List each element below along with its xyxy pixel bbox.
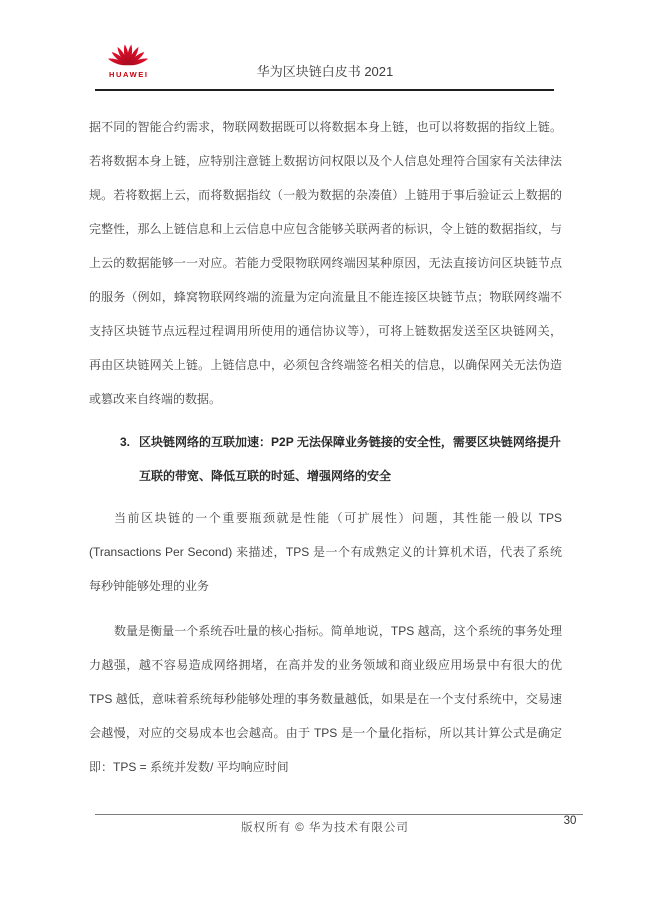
body-line: 据不同的智能合约需求，物联网数据既可以将数据本身上链，也可以将数据的指纹上链。 (89, 110, 562, 144)
footer-rule (95, 814, 583, 815)
copyright-text: 版权所有 © 华为技术有限公司 (0, 819, 650, 835)
body-line: 会越慢，对应的交易成本也会越高。由于 TPS 是一个量化指标，所以其计算公式是确… (89, 716, 562, 750)
document-title: 华为区块链白皮书 2021 (0, 61, 650, 80)
body-line: 每秒钟能够处理的业务 (89, 569, 562, 603)
heading-line: 区块链网络的互联加速：P2P 无法保障业务链接的安全性，需要区块链网络提升 (139, 425, 561, 459)
page-number: 30 (558, 815, 582, 827)
body-line: 支持区块链节点远程过程调用所使用的通信协议等），可将上链数据发送至区块链网关， (89, 314, 562, 348)
section-heading: 3. 区块链网络的互联加速：P2P 无法保障业务链接的安全性，需要区块链网络提升… (89, 425, 562, 493)
body-line: 规。若将数据上云，而将数据指纹（一般为数据的杂凑值）上链用于事后验证云上数据的 (89, 178, 562, 212)
body-content: 据不同的智能合约需求，物联网数据既可以将数据本身上链，也可以将数据的指纹上链。 … (89, 110, 562, 784)
body-line: 当前区块链的一个重要瓶颈就是性能（可扩展性）问题，其性能一般以 TPS (89, 501, 562, 535)
body-line: 完整性，那么上链信息和上云信息中应包含能够关联两者的标识，令上链的数据指纹，与 (89, 212, 562, 246)
heading-number: 3. (120, 425, 130, 493)
body-line: 数量是衡量一个系统吞吐量的核心指标。简单地说，TPS 越高，这个系统的事务处理能 (89, 614, 562, 648)
body-line: TPS 越低，意味着系统每秒能够处理的事务数量越低，如果是在一个支付系统中，交易… (89, 682, 562, 716)
header-rule (95, 89, 554, 91)
document-page: HUAWEI 华为区块链白皮书 2021 据不同的智能合约需求，物联网数据既可以… (0, 0, 650, 919)
body-line: 若将数据本身上链，应特别注意链上数据访问权限以及个人信息处理符合国家有关法律法 (89, 144, 562, 178)
body-line: 上云的数据能够一一对应。若能力受限物联网终端因某种原因，无法直接访问区块链节点 (89, 246, 562, 280)
body-line: 再由区块链网关上链。上链信息中，必须包含终端签名相关的信息，以确保网关无法伪造 (89, 348, 562, 382)
paragraph-3: 数量是衡量一个系统吞吐量的核心指标。简单地说，TPS 越高，这个系统的事务处理能… (89, 614, 562, 784)
body-line: 力越强，越不容易造成网络拥堵，在高并发的业务领域和商业级应用场景中有很大的优势。 (89, 648, 562, 682)
body-line: 的服务（例如，蜂窝物联网终端的流量为定向流量且不能连接区块链节点；物联网终端不 (89, 280, 562, 314)
body-line: 或篡改来自终端的数据。 (89, 382, 562, 416)
heading-line: 互联的带宽、降低互联的时延、增强网络的安全 (139, 459, 561, 493)
body-line: 即：TPS = 系统并发数/ 平均响应时间 (89, 750, 562, 784)
heading-text: 区块链网络的互联加速：P2P 无法保障业务链接的安全性，需要区块链网络提升 互联… (139, 425, 561, 493)
paragraph-1: 据不同的智能合约需求，物联网数据既可以将数据本身上链，也可以将数据的指纹上链。 … (89, 110, 562, 416)
body-line: (Transactions Per Second) 来描述，TPS 是一个有成熟… (89, 535, 562, 569)
paragraph-2: 当前区块链的一个重要瓶颈就是性能（可扩展性）问题，其性能一般以 TPS (Tra… (89, 501, 562, 603)
